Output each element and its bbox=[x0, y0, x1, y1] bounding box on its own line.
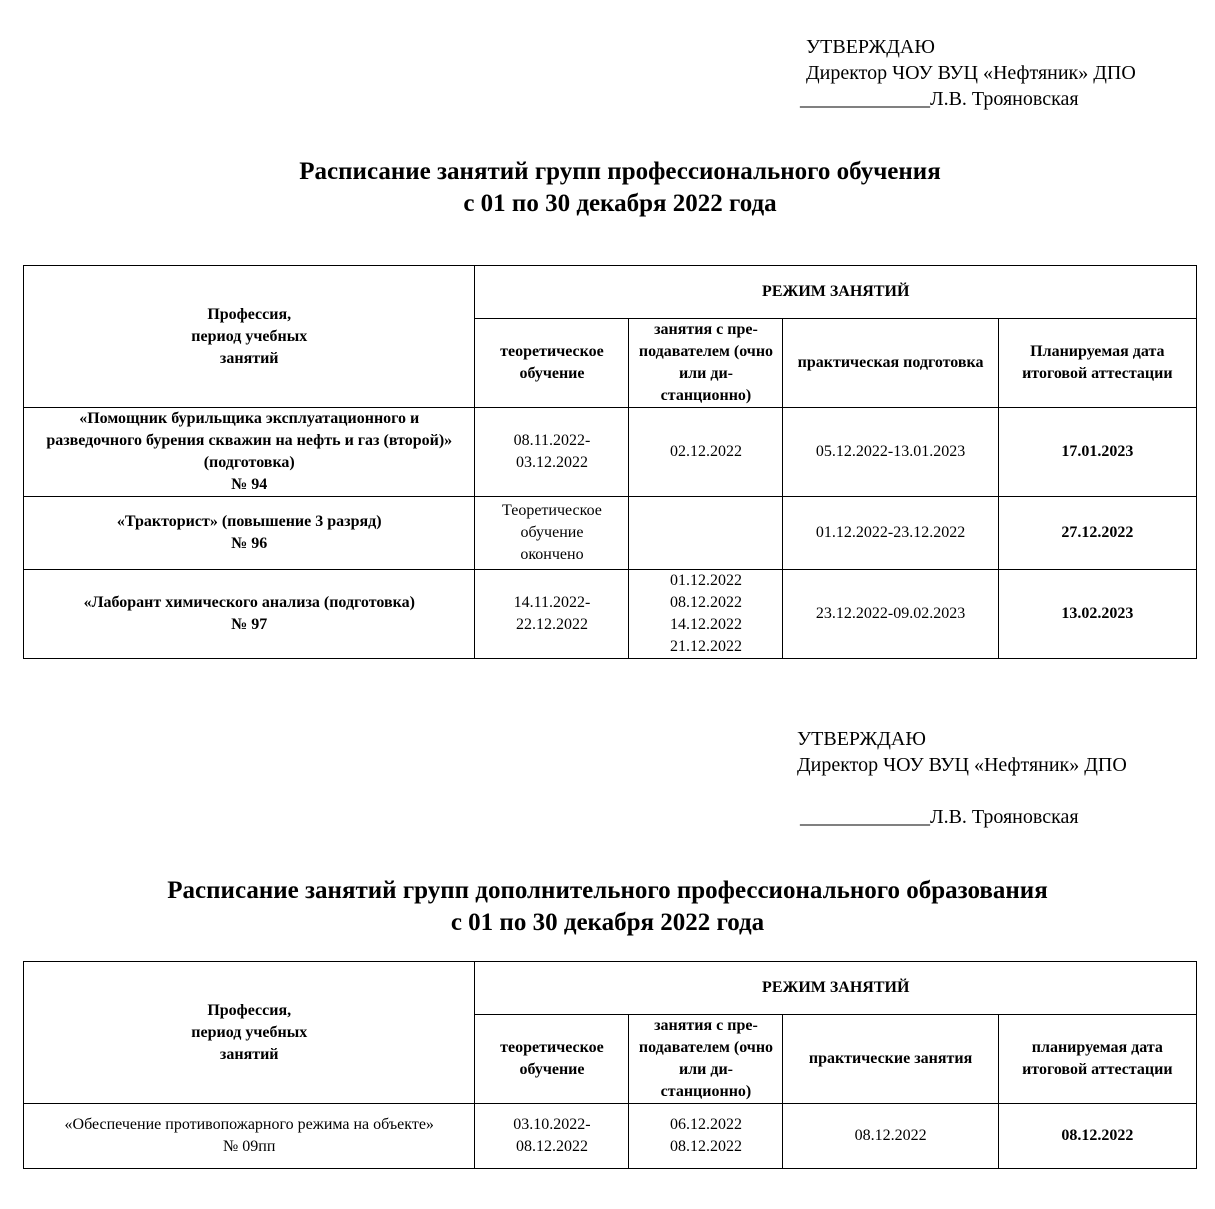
cell-theory: 14.11.2022-22.12.2022 bbox=[475, 570, 629, 659]
header-teacher: занятия с пре-подавателем (очно или ди-с… bbox=[629, 319, 783, 408]
cell-teacher-line: 14.12.2022 bbox=[635, 614, 776, 636]
header-theory: теоретическое обучение bbox=[475, 319, 629, 408]
cell-profession-line: «Обеспечение противопожарного режима на … bbox=[30, 1114, 468, 1136]
cell-profession: «Обеспечение противопожарного режима на … bbox=[24, 1104, 475, 1169]
title-line-2: с 01 по 30 декабря 2022 года bbox=[250, 188, 990, 220]
cell-teacher: 06.12.202208.12.2022 bbox=[629, 1104, 783, 1169]
header-theory: теоретическое обучение bbox=[475, 1015, 629, 1104]
header-practice: практические занятия bbox=[783, 1015, 998, 1104]
cell-profession-line: № 94 bbox=[30, 474, 468, 496]
cell-theory: 08.11.2022-03.12.2022 bbox=[475, 408, 629, 497]
approve-label: УТВЕРЖДАЮ bbox=[797, 726, 1127, 752]
cell-exam: 27.12.2022 bbox=[998, 497, 1196, 570]
cell-teacher: 02.12.2022 bbox=[629, 408, 783, 497]
director-position: Директор ЧОУ ВУЦ «Нефтяник» ДПО bbox=[806, 60, 1136, 86]
cell-profession-line: «Тракторист» (повышение 3 разряд) bbox=[30, 511, 468, 533]
cell-exam: 13.02.2023 bbox=[998, 570, 1196, 659]
cell-profession: «Тракторист» (повышение 3 разряд)№ 96 bbox=[24, 497, 475, 570]
table-row: «Тракторист» (повышение 3 разряд)№ 96Тео… bbox=[24, 497, 1197, 570]
header-profession-line: Профессия, bbox=[30, 1000, 468, 1022]
cell-teacher-line: 08.12.2022 bbox=[635, 592, 776, 614]
cell-profession-line: № 97 bbox=[30, 614, 468, 636]
header-regime: РЕЖИМ ЗАНЯТИЙ bbox=[475, 266, 1197, 319]
cell-theory-line: 03.12.2022 bbox=[481, 452, 622, 474]
cell-theory-line: 22.12.2022 bbox=[481, 614, 622, 636]
table-body: «Помощник бурильщика эксплуатационного и… bbox=[24, 408, 1197, 659]
title-line-1: Расписание занятий групп профессионально… bbox=[250, 156, 990, 188]
header-profession: Профессия, период учебных занятий bbox=[24, 962, 475, 1104]
title-line-1: Расписание занятий групп дополнительного… bbox=[100, 875, 1115, 907]
approval-block-2: УТВЕРЖДАЮ Директор ЧОУ ВУЦ «Нефтяник» ДП… bbox=[797, 726, 1127, 830]
schedule-table-additional-education: Профессия, период учебных занятий РЕЖИМ … bbox=[23, 961, 1197, 1169]
cell-theory-line: 03.10.2022- bbox=[481, 1114, 622, 1136]
cell-teacher-line: 06.12.2022 bbox=[635, 1114, 776, 1136]
header-exam: Планируемая дата итоговой аттестации bbox=[998, 319, 1196, 408]
cell-theory: Теоретическоеобучениеокончено bbox=[475, 497, 629, 570]
header-profession-line: занятий bbox=[30, 1044, 468, 1066]
header-profession: Профессия, период учебных занятий bbox=[24, 266, 475, 408]
signature-line: _____________Л.В. Трояновская bbox=[800, 804, 1127, 830]
approval-block-1: УТВЕРЖДАЮ Директор ЧОУ ВУЦ «Нефтяник» ДП… bbox=[806, 34, 1136, 112]
cell-teacher-line: 08.12.2022 bbox=[635, 1136, 776, 1158]
section-1-title: Расписание занятий групп профессионально… bbox=[250, 156, 990, 220]
cell-profession-line: № 09пп bbox=[30, 1136, 468, 1158]
director-position: Директор ЧОУ ВУЦ «Нефтяник» ДПО bbox=[797, 752, 1127, 778]
cell-practice: 23.12.2022-09.02.2023 bbox=[783, 570, 998, 659]
table-body: «Обеспечение противопожарного режима на … bbox=[24, 1104, 1197, 1169]
signature-line: _____________Л.В. Трояновская bbox=[800, 86, 1136, 112]
cell-profession-line: «Помощник бурильщика эксплуатационного и… bbox=[30, 408, 468, 474]
table-row: «Помощник бурильщика эксплуатационного и… bbox=[24, 408, 1197, 497]
cell-practice: 05.12.2022-13.01.2023 bbox=[783, 408, 998, 497]
cell-teacher-line: 02.12.2022 bbox=[635, 441, 776, 463]
table-row: «Обеспечение противопожарного режима на … bbox=[24, 1104, 1197, 1169]
cell-exam: 08.12.2022 bbox=[998, 1104, 1196, 1169]
cell-exam: 17.01.2023 bbox=[998, 408, 1196, 497]
header-regime: РЕЖИМ ЗАНЯТИЙ bbox=[475, 962, 1197, 1015]
cell-teacher-line: 01.12.2022 bbox=[635, 570, 776, 592]
cell-profession: «Помощник бурильщика эксплуатационного и… bbox=[24, 408, 475, 497]
table-row: «Лаборант химического анализа (подготовк… bbox=[24, 570, 1197, 659]
title-line-2: с 01 по 30 декабря 2022 года bbox=[100, 907, 1115, 939]
section-2-title: Расписание занятий групп дополнительного… bbox=[100, 875, 1115, 939]
cell-theory-line: обучение bbox=[481, 522, 622, 544]
cell-theory: 03.10.2022-08.12.2022 bbox=[475, 1104, 629, 1169]
cell-teacher bbox=[629, 497, 783, 570]
cell-theory-line: 08.12.2022 bbox=[481, 1136, 622, 1158]
cell-theory-line: Теоретическое bbox=[481, 500, 622, 522]
cell-practice: 08.12.2022 bbox=[783, 1104, 998, 1169]
cell-teacher-line: 21.12.2022 bbox=[635, 636, 776, 658]
cell-profession-line: № 96 bbox=[30, 533, 468, 555]
cell-profession-line: «Лаборант химического анализа (подготовк… bbox=[30, 592, 468, 614]
cell-profession: «Лаборант химического анализа (подготовк… bbox=[24, 570, 475, 659]
header-practice: практическая подготовка bbox=[783, 319, 998, 408]
header-teacher: занятия с пре-подавателем (очно или ди-с… bbox=[629, 1015, 783, 1104]
header-profession-line: период учебных bbox=[30, 326, 468, 348]
cell-theory-line: 08.11.2022- bbox=[481, 430, 622, 452]
header-profession-line: Профессия, bbox=[30, 304, 468, 326]
cell-theory-line: окончено bbox=[481, 544, 622, 566]
cell-theory-line: 14.11.2022- bbox=[481, 592, 622, 614]
approve-label: УТВЕРЖДАЮ bbox=[806, 34, 1136, 60]
header-profession-line: период учебных bbox=[30, 1022, 468, 1044]
schedule-table-professional-training: Профессия, период учебных занятий РЕЖИМ … bbox=[23, 265, 1197, 659]
cell-teacher: 01.12.202208.12.202214.12.202221.12.2022 bbox=[629, 570, 783, 659]
header-exam: планируемая дата итоговой аттестации bbox=[998, 1015, 1196, 1104]
cell-practice: 01.12.2022-23.12.2022 bbox=[783, 497, 998, 570]
header-profession-line: занятий bbox=[30, 348, 468, 370]
